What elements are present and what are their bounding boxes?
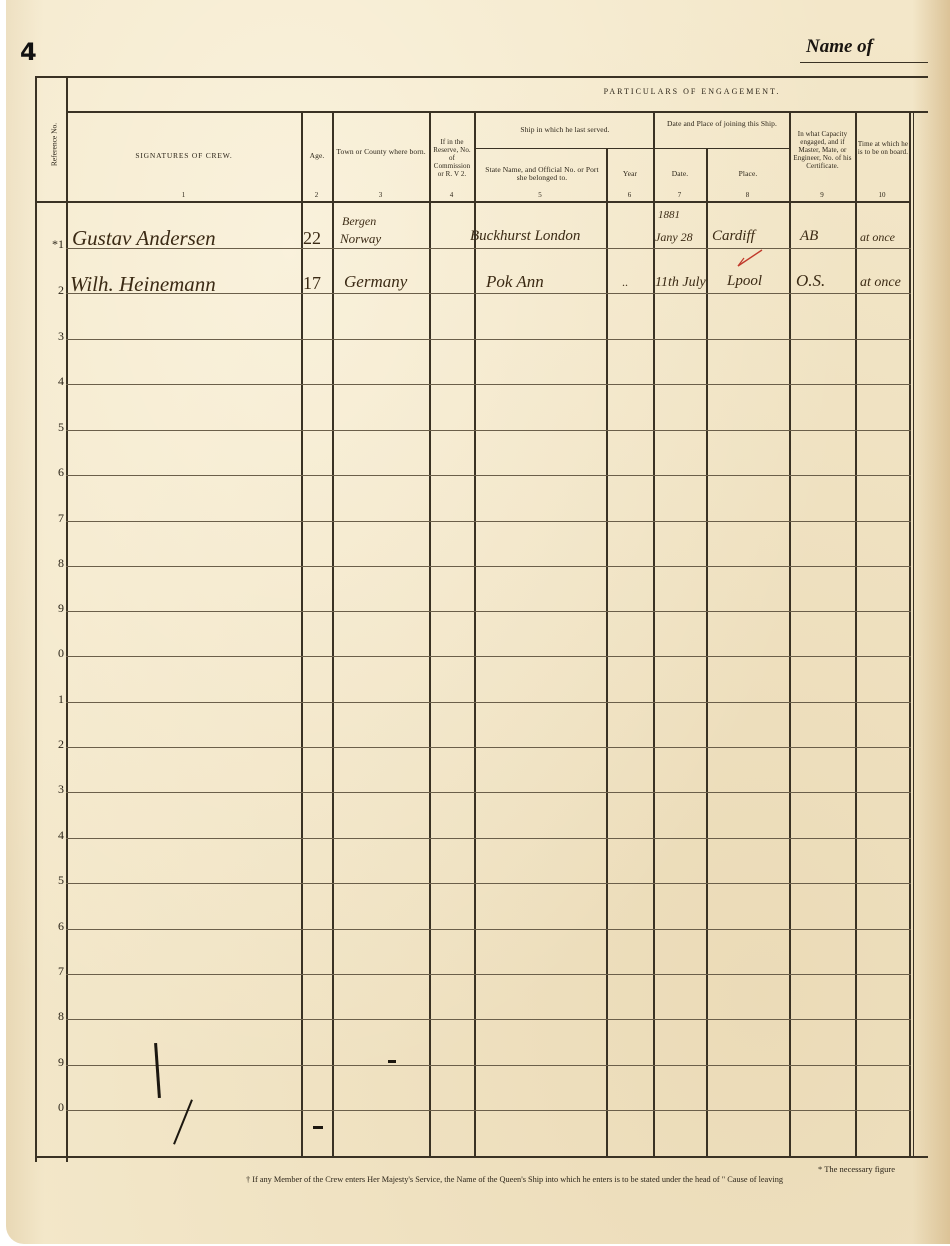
- col-header-age: Age.: [302, 152, 332, 160]
- table-right-border: [909, 111, 911, 1156]
- ref-number: 8: [38, 556, 64, 571]
- name-of-heading: Name of: [806, 36, 873, 58]
- row-line: [66, 1065, 911, 1066]
- ref-number: 0: [38, 646, 64, 661]
- row-line: [66, 384, 911, 385]
- group-header-joining: Date and Place of joining this Ship.: [656, 120, 788, 128]
- document-page: [6, 0, 950, 1244]
- join-place: Lpool: [727, 273, 762, 290]
- col-num-9: 9: [789, 191, 855, 199]
- ref-number: 6: [38, 919, 64, 934]
- ref-number: 6: [38, 465, 64, 480]
- col-divider-3: [429, 111, 431, 1156]
- age: 17: [303, 273, 321, 294]
- col-header-date: Date.: [654, 170, 706, 178]
- col-num-3: 3: [332, 191, 429, 199]
- ref-number: 2: [38, 283, 64, 298]
- col-divider-1: [301, 111, 303, 1156]
- row-line: [66, 430, 911, 431]
- row-line: [66, 1019, 911, 1020]
- row-line: [66, 475, 911, 476]
- section-divider: [66, 111, 928, 113]
- ref-column-divider: [66, 76, 68, 1162]
- col-num-8: 8: [706, 191, 789, 199]
- ref-number: 7: [38, 964, 64, 979]
- ref-number: 2: [38, 737, 64, 752]
- col-divider-8: [789, 111, 791, 1156]
- birthplace-line2: Norway: [340, 231, 381, 247]
- col-divider-6: [653, 111, 655, 1156]
- ref-number: 3: [38, 329, 64, 344]
- footnote-majesty-service: † If any Member of the Crew enters Her M…: [246, 1175, 783, 1184]
- last-ship: Buckhurst London: [470, 228, 580, 245]
- date-year: 1881: [658, 209, 680, 221]
- age: 22: [303, 228, 321, 249]
- row-line: [66, 1110, 911, 1111]
- col-num-6: 6: [606, 191, 653, 199]
- col-header-reserve: If in the Reserve, No. of Commission or …: [430, 138, 474, 178]
- col-num-7: 7: [653, 191, 706, 199]
- row-line: [66, 792, 911, 793]
- join-date: 11th July: [655, 275, 706, 291]
- row-line: [66, 883, 911, 884]
- row-line: [66, 929, 911, 930]
- col-header-signatures: SIGNATURES OF CREW.: [70, 152, 298, 160]
- row-line: [66, 656, 911, 657]
- footnote-necessary-figure: * The necessary figure: [818, 1164, 895, 1174]
- col-divider-9: [855, 111, 857, 1156]
- ink-dash-mark: [313, 1126, 323, 1129]
- page-number: 4: [20, 38, 37, 66]
- name-of-rule: [800, 62, 928, 63]
- row-line: [66, 974, 911, 975]
- section-title: PARTICULARS OF ENGAGEMENT.: [474, 88, 910, 96]
- row-line: [66, 339, 911, 340]
- row-line: [66, 521, 911, 522]
- col-header-birthplace: Town or County where born.: [336, 148, 426, 156]
- col-num-10: 10: [855, 191, 909, 199]
- col-num-2: 2: [301, 191, 332, 199]
- group-header-last-ship: Ship in which he last served.: [476, 126, 654, 134]
- ref-number: 9: [38, 1055, 64, 1070]
- col-header-year: Year: [607, 170, 653, 178]
- col-divider-2: [332, 111, 334, 1156]
- time-on-board: at once: [860, 230, 895, 245]
- ref-number: 0: [38, 1100, 64, 1115]
- subheader-divider-joining: [653, 148, 789, 149]
- time-on-board: at once: [860, 275, 901, 291]
- red-check-mark-icon: [736, 246, 764, 268]
- join-date: Jany 28: [655, 230, 693, 245]
- row-line: [66, 702, 911, 703]
- ref-number: 1: [38, 692, 64, 707]
- col-header-place: Place.: [707, 170, 789, 178]
- col-divider-4: [474, 111, 476, 1156]
- signature: Gustav Andersen: [72, 226, 216, 251]
- ref-number: 4: [38, 828, 64, 843]
- signature: Wilh. Heinemann: [70, 272, 216, 297]
- col-header-time-on-board: Time at which he is to be on board.: [857, 140, 909, 156]
- ink-dash-mark: [388, 1060, 396, 1063]
- table-left-border: [35, 76, 37, 1162]
- col-divider-7: [706, 148, 708, 1156]
- col-num-1: 1: [66, 191, 301, 199]
- subheader-divider-ship: [474, 148, 655, 149]
- row-line: [66, 566, 911, 567]
- capacity: AB: [800, 228, 818, 245]
- row-line: [66, 838, 911, 839]
- ref-number: 7: [38, 511, 64, 526]
- table-bottom-border: [35, 1156, 928, 1158]
- header-bottom-border: [35, 201, 911, 203]
- row-line: [66, 747, 911, 748]
- col-divider-5: [606, 148, 608, 1156]
- reference-no-label: Reference No.: [50, 115, 59, 175]
- year: ..: [622, 275, 628, 290]
- last-ship: Pok Ann: [486, 272, 544, 292]
- ref-number: *1: [38, 237, 64, 252]
- ref-number: 8: [38, 1009, 64, 1024]
- ref-number: 4: [38, 374, 64, 389]
- table-top-border: [35, 76, 928, 78]
- ref-number: 5: [38, 873, 64, 888]
- col-num-4: 4: [429, 191, 474, 199]
- ref-number: 9: [38, 601, 64, 616]
- table-right-border-double: [913, 111, 914, 1156]
- join-place: Cardiff: [712, 228, 755, 245]
- row-line: [66, 611, 911, 612]
- birthplace-line1: Germany: [344, 272, 407, 292]
- col-num-5: 5: [474, 191, 606, 199]
- birthplace-line1: Bergen: [342, 214, 376, 229]
- capacity: O.S.: [796, 271, 825, 291]
- ref-number: 5: [38, 420, 64, 435]
- col-header-capacity: In what Capacity engaged, and if Master,…: [790, 130, 855, 170]
- ref-number: 3: [38, 782, 64, 797]
- col-header-ship-name: State Name, and Official No. or Port she…: [480, 166, 604, 182]
